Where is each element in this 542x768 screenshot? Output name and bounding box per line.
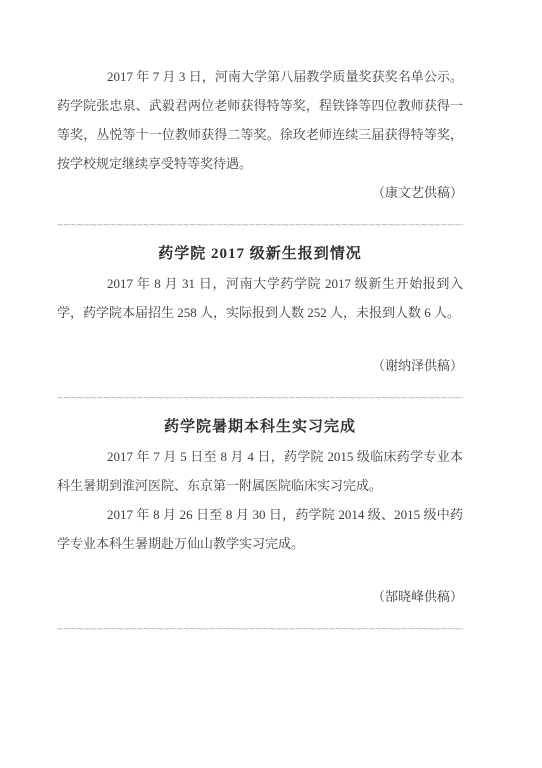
news-item-teaching-quality-award: 2017 年 7 月 3 日，河南大学第八届教学质量奖获奖名单公示。药学院张忠泉…: [57, 62, 463, 207]
news-item-freshmen-registration: 药学院 2017 级新生报到情况 2017 年 8 月 31 日，河南大学药学院…: [57, 240, 463, 380]
section-divider: ~~~~~~~~~~~~~~~~~~~~~~~~~~~~~~~~~~~~~~~~…: [57, 221, 463, 230]
paragraph: 2017 年 7 月 3 日，河南大学第八届教学质量奖获奖名单公示。药学院张忠泉…: [57, 62, 463, 178]
section-heading: 药学院暑期本科生实习完成: [57, 413, 463, 442]
document-content: 2017 年 7 月 3 日，河南大学第八届教学质量奖获奖名单公示。药学院张忠泉…: [57, 62, 463, 644]
paragraph: 2017 年 7 月 5 日至 8 月 4 日，药学院 2015 级临床药学专业…: [57, 442, 463, 500]
attribution: （谢纳泽供稿）: [57, 351, 463, 380]
paragraph: 2017 年 8 月 31 日，河南大学药学院 2017 级新生开始报到入学，药…: [57, 269, 463, 327]
section-divider: ~~~~~~~~~~~~~~~~~~~~~~~~~~~~~~~~~~~~~~~~…: [57, 394, 463, 403]
attribution: （康文艺供稿）: [57, 178, 463, 207]
paragraph: 2017 年 8 月 26 日至 8 月 30 日，药学院 2014 级、201…: [57, 500, 463, 558]
news-item-summer-internship: 药学院暑期本科生实习完成 2017 年 7 月 5 日至 8 月 4 日，药学院…: [57, 413, 463, 611]
section-heading: 药学院 2017 级新生报到情况: [57, 240, 463, 269]
attribution: （郜晓峰供稿）: [57, 582, 463, 611]
document-page: 2017 年 7 月 3 日，河南大学第八届教学质量奖获奖名单公示。药学院张忠泉…: [0, 0, 542, 768]
section-divider: ~~~~~~~~~~~~~~~~~~~~~~~~~~~~~~~~~~~~~~~~…: [57, 625, 463, 634]
